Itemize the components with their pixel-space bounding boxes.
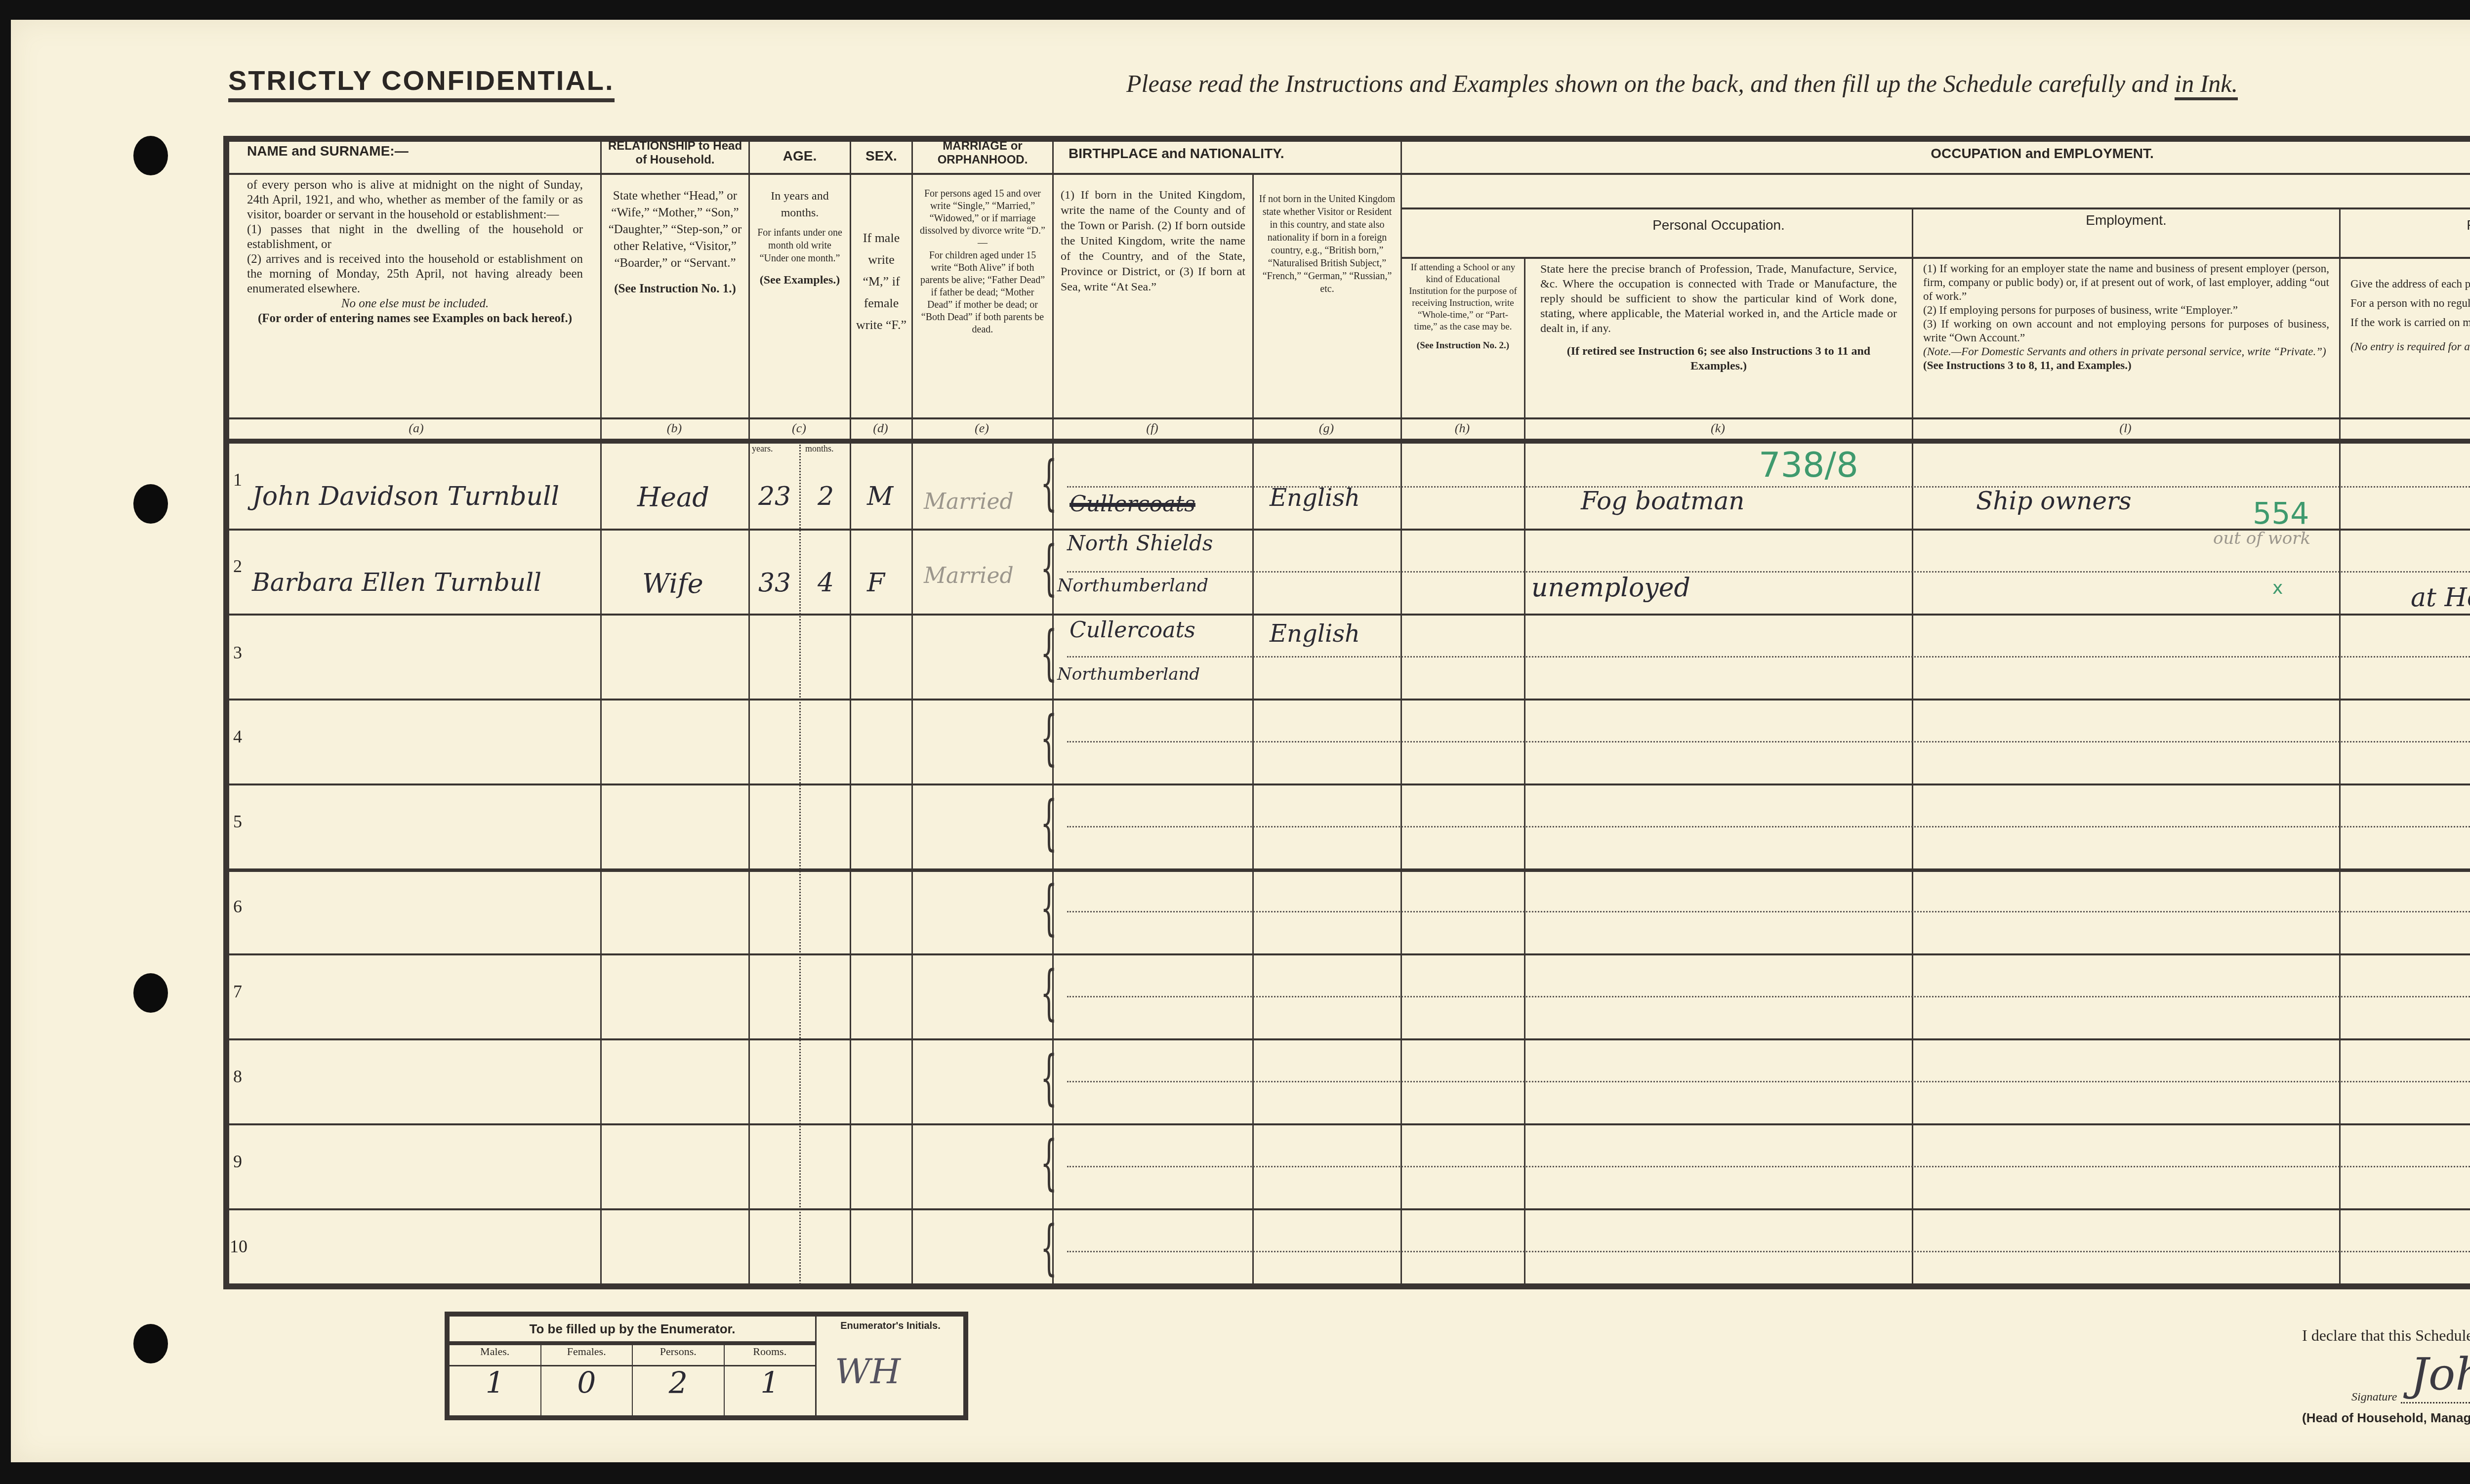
col-l-ref: (See Instructions 3 to 8, 11, and Exampl… bbox=[1923, 359, 2329, 372]
instructions-text: Please read the Instructions and Example… bbox=[1126, 70, 2169, 97]
brace-icon: { bbox=[1040, 793, 1057, 853]
row-1-nationality[interactable]: English bbox=[1270, 484, 1360, 512]
row-1-employment-code: 554 bbox=[2253, 496, 2309, 531]
row-1-name[interactable]: John Davidson Turnbull bbox=[252, 482, 559, 511]
col-b-ref: (See Instruction No. 1.) bbox=[607, 281, 743, 297]
col-letter-m: (m) bbox=[2339, 421, 2470, 436]
col-l-note: (Note.—For Domestic Servants and others … bbox=[1923, 345, 2329, 359]
col-a-item1: (1) passes that night in the dwelling of… bbox=[247, 222, 583, 252]
persons-value[interactable]: 2 bbox=[633, 1366, 725, 1415]
row-number: 9 bbox=[233, 1151, 242, 1172]
col-occ-title: OCCUPATION and EMPLOYMENT. bbox=[1402, 146, 2470, 162]
col-m-item1: Give the address of each person's place … bbox=[2350, 277, 2470, 291]
punch-hole bbox=[133, 1324, 168, 1363]
col-l-body: (1) If working for an employer state the… bbox=[1913, 262, 2339, 372]
row-1-marriage[interactable]: Married bbox=[924, 489, 1014, 514]
row-3-nationality[interactable]: English bbox=[1270, 620, 1360, 648]
col-l-title: Employment. bbox=[1913, 212, 2339, 228]
row-divider bbox=[229, 699, 2470, 701]
col-c-ref: (See Examples.) bbox=[755, 272, 845, 289]
signature-line bbox=[2401, 1402, 2470, 1403]
instructions-line: Please read the Instructions and Example… bbox=[1126, 69, 2238, 98]
enumerator-box-divider bbox=[815, 1317, 817, 1415]
col-letter-e: (e) bbox=[911, 421, 1052, 436]
col-e-children: For children aged under 15 write “Both A… bbox=[918, 249, 1047, 336]
brace-icon: { bbox=[1040, 878, 1057, 938]
punch-hole bbox=[133, 136, 168, 175]
col-m-item3: If the work is carried on mainly at home… bbox=[2350, 315, 2470, 330]
col-divider-a-b bbox=[600, 136, 602, 1289]
brace-icon: { bbox=[1040, 708, 1057, 768]
col-divider-h-k bbox=[1524, 257, 1525, 1289]
col-c-instructions: In years and months. bbox=[755, 188, 845, 221]
brace-icon: { bbox=[1040, 453, 1057, 513]
row-mid-dotted bbox=[1067, 1251, 2470, 1252]
row-2-place-of-work[interactable]: at Home bbox=[2411, 583, 2470, 613]
occupation-subheader-divider bbox=[1400, 207, 2470, 209]
enumerator-box-title: To be filled up by the Enumerator. bbox=[450, 1317, 815, 1345]
row-2-marriage[interactable]: Married bbox=[924, 563, 1014, 588]
persons-label: Persons. bbox=[633, 1345, 725, 1365]
col-letter-f: (f) bbox=[1052, 421, 1252, 436]
row-mid-dotted bbox=[1067, 741, 2470, 742]
brace-icon: { bbox=[1040, 1218, 1057, 1278]
letters-divider bbox=[229, 417, 2470, 419]
rooms-label: Rooms. bbox=[725, 1345, 816, 1365]
row-2-age-months[interactable]: 4 bbox=[818, 568, 834, 598]
col-k-ref: (If retired see Instruction 6; see also … bbox=[1540, 344, 1897, 373]
row-1-employment[interactable]: Ship owners bbox=[1976, 487, 2132, 515]
enumerator-initials-label: Enumerator's Initials. bbox=[818, 1320, 963, 1332]
row-divider bbox=[229, 614, 2470, 616]
rooms-value[interactable]: 1 bbox=[725, 1366, 816, 1415]
col-letter-b: (b) bbox=[600, 421, 748, 436]
col-k-title: Personal Occupation. bbox=[1525, 217, 1912, 233]
in-ink-text: in Ink. bbox=[2175, 70, 2238, 100]
row-mid-dotted bbox=[1067, 911, 2470, 912]
col-fg-title: BIRTHPLACE and NATIONALITY. bbox=[1054, 146, 1400, 162]
col-k-body: State here the precise branch of Profess… bbox=[1525, 262, 1912, 373]
col-divider-f-g bbox=[1252, 173, 1254, 1289]
row-3-birthplace-county[interactable]: Northumberland bbox=[1057, 664, 1200, 684]
females-label: Females. bbox=[541, 1345, 633, 1365]
row-2-occupation[interactable]: unemployed bbox=[1531, 573, 1690, 603]
declaration-text: I declare that this Schedule is correctl… bbox=[2302, 1326, 2470, 1345]
col-letter-l: (l) bbox=[1912, 421, 2339, 436]
col-divider-b-c bbox=[748, 136, 750, 1289]
brace-icon: { bbox=[1040, 1048, 1057, 1108]
col-letter-g: (g) bbox=[1252, 421, 1400, 436]
col-a-title: NAME and SURNAME:— bbox=[232, 143, 598, 159]
header-divider bbox=[229, 173, 2470, 175]
col-letter-h: (h) bbox=[1400, 421, 1524, 436]
row-number: 3 bbox=[233, 642, 242, 663]
brace-icon: { bbox=[1040, 623, 1057, 683]
col-a-intro: of every person who is alive at midnight… bbox=[247, 178, 583, 222]
row-divider bbox=[229, 1208, 2470, 1210]
brace-icon: { bbox=[1040, 538, 1057, 598]
col-h-body: If attending a School or any kind of Edu… bbox=[1402, 262, 1524, 352]
row-1-relationship[interactable]: Head bbox=[637, 482, 709, 513]
brace-icon: { bbox=[1040, 963, 1057, 1023]
col-e-body: For persons aged 15 and over write “Sing… bbox=[913, 188, 1052, 336]
row-divider bbox=[229, 1038, 2470, 1040]
col-l-item3: (3) If working on own account and not em… bbox=[1923, 317, 2329, 345]
age-months-label: months. bbox=[805, 444, 834, 454]
age-years-label: years. bbox=[752, 444, 773, 454]
row-1-occupation-code: 738/8 bbox=[1759, 445, 1858, 485]
row-1-age-months[interactable]: 2 bbox=[818, 482, 834, 511]
row-1-birthplace[interactable]: Cullercoats bbox=[1070, 492, 1195, 517]
col-c-body: In years and months. For infants under o… bbox=[750, 188, 850, 289]
row-1-sex[interactable]: M bbox=[867, 482, 893, 511]
col-b-title: RELATIONSHIP to Head of Household. bbox=[602, 139, 748, 167]
col-a-body: of every person who is alive at midnight… bbox=[232, 178, 598, 326]
row-2-sex[interactable]: F bbox=[867, 568, 885, 598]
col-h-instructions: If attending a School or any kind of Edu… bbox=[1407, 262, 1519, 333]
col-m-title: Place of Work. bbox=[2341, 217, 2470, 233]
age-years-months-divider bbox=[799, 445, 801, 1284]
punch-hole bbox=[133, 973, 168, 1013]
row-1-age-years[interactable]: 23 bbox=[758, 482, 791, 511]
row-number: 5 bbox=[233, 811, 242, 832]
row-number: 6 bbox=[233, 896, 242, 917]
col-a-note: No one else must be included. bbox=[247, 296, 583, 311]
col-l-item2: (2) If employing persons for purposes of… bbox=[1923, 303, 2329, 317]
col-letter-a: (a) bbox=[232, 421, 600, 436]
enumerator-values: 1 0 2 1 bbox=[450, 1366, 815, 1415]
row-2-name[interactable]: Barbara Ellen Turnbull bbox=[252, 568, 541, 597]
row-mid-dotted bbox=[1067, 826, 2470, 827]
brace-icon: { bbox=[1040, 1133, 1057, 1193]
row-mid-dotted bbox=[1067, 996, 2470, 997]
row-number: 7 bbox=[233, 981, 242, 1002]
row-mid-dotted bbox=[1067, 571, 2470, 573]
col-e-adults: For persons aged 15 and over write “Sing… bbox=[918, 188, 1047, 237]
row-1-occupation[interactable]: Fog boatman bbox=[1581, 487, 1744, 515]
row-mid-dotted bbox=[1067, 1166, 2470, 1167]
row-2-age-years[interactable]: 33 bbox=[758, 568, 791, 598]
row-divider bbox=[229, 953, 2470, 955]
signature-caption: (Head of Household, Manager of Establish… bbox=[2302, 1410, 2470, 1426]
col-e-dash: — bbox=[918, 237, 1047, 249]
col-l-item1: (1) If working for an employer state the… bbox=[1923, 262, 2329, 303]
col-k-instructions: State here the precise branch of Profess… bbox=[1540, 262, 1897, 336]
col-letter-d: (d) bbox=[850, 421, 911, 436]
signature-label: Signature bbox=[2351, 1391, 2397, 1404]
col-a-order: (For order of entering names see Example… bbox=[247, 311, 583, 326]
enumerator-cols-header: Males. Females. Persons. Rooms. bbox=[450, 1345, 815, 1366]
row-3-birthplace-town[interactable]: Cullercoats bbox=[1070, 618, 1195, 643]
col-m-note: (No entry is required for any person who… bbox=[2350, 339, 2470, 354]
col-a-item2: (2) arrives and is received into the hou… bbox=[247, 252, 583, 296]
males-value[interactable]: 1 bbox=[450, 1366, 541, 1415]
col-g-body: If not born in the United Kingdom state … bbox=[1254, 193, 1400, 295]
females-value[interactable]: 0 bbox=[541, 1366, 633, 1415]
row-number: 4 bbox=[233, 726, 242, 747]
males-label: Males. bbox=[450, 1345, 541, 1365]
strictly-confidential-title: STRICTLY CONFIDENTIAL. bbox=[228, 64, 615, 102]
row-2-birthplace-town[interactable]: North Shields bbox=[1067, 531, 1213, 555]
row-divider bbox=[229, 868, 2470, 872]
row-1-employment-note[interactable]: out of work bbox=[2213, 529, 2310, 548]
enumerator-summary-box: To be filled up by the Enumerator. Enume… bbox=[445, 1312, 968, 1420]
col-m-item2: For a person with no regular place of wo… bbox=[2350, 296, 2470, 310]
row-number: 10 bbox=[230, 1236, 247, 1257]
col-f-body: (1) If born in the United Kingdom, write… bbox=[1054, 188, 1252, 295]
col-e-title: MARRIAGE or ORPHANHOOD. bbox=[913, 139, 1052, 167]
col-d-body: If male write “M,” if female write “F.” bbox=[851, 227, 911, 336]
col-b-body: State whether “Head,” or “Wife,” “Mother… bbox=[602, 188, 748, 297]
row-mid-dotted bbox=[1067, 1081, 2470, 1082]
col-c-title: AGE. bbox=[750, 148, 850, 164]
col-h-ref: (See Instruction No. 2.) bbox=[1407, 340, 1519, 352]
row-divider bbox=[229, 1123, 2470, 1125]
row-divider bbox=[229, 529, 2470, 531]
col-d-title: SEX. bbox=[851, 148, 911, 164]
signature-value[interactable]: John Davidson Turnbull bbox=[2411, 1349, 2470, 1401]
occ-sub-divider bbox=[1400, 257, 2470, 259]
row-2-employment-code: x bbox=[2272, 578, 2283, 598]
row-number: 8 bbox=[233, 1066, 242, 1087]
body-start-divider bbox=[229, 439, 2470, 444]
row-2-relationship[interactable]: Wife bbox=[642, 568, 703, 599]
punch-hole bbox=[133, 484, 168, 524]
col-b-instructions: State whether “Head,” or “Wife,” “Mother… bbox=[607, 188, 743, 272]
col-divider-l-m bbox=[2339, 207, 2341, 1289]
col-letter-c: (c) bbox=[748, 421, 850, 436]
col-m-body: Give the address of each person's place … bbox=[2341, 277, 2470, 354]
row-number: 1 bbox=[233, 469, 242, 490]
row-divider bbox=[229, 783, 2470, 785]
col-c-infants: For infants under one month old write “U… bbox=[755, 226, 845, 265]
row-mid-dotted bbox=[1067, 656, 2470, 658]
row-2-birthplace-county[interactable]: Northumberland bbox=[1057, 576, 1208, 596]
enumerator-initials-value[interactable]: WH bbox=[835, 1351, 901, 1392]
col-letter-k: (k) bbox=[1524, 421, 1912, 436]
row-number: 2 bbox=[233, 556, 242, 577]
